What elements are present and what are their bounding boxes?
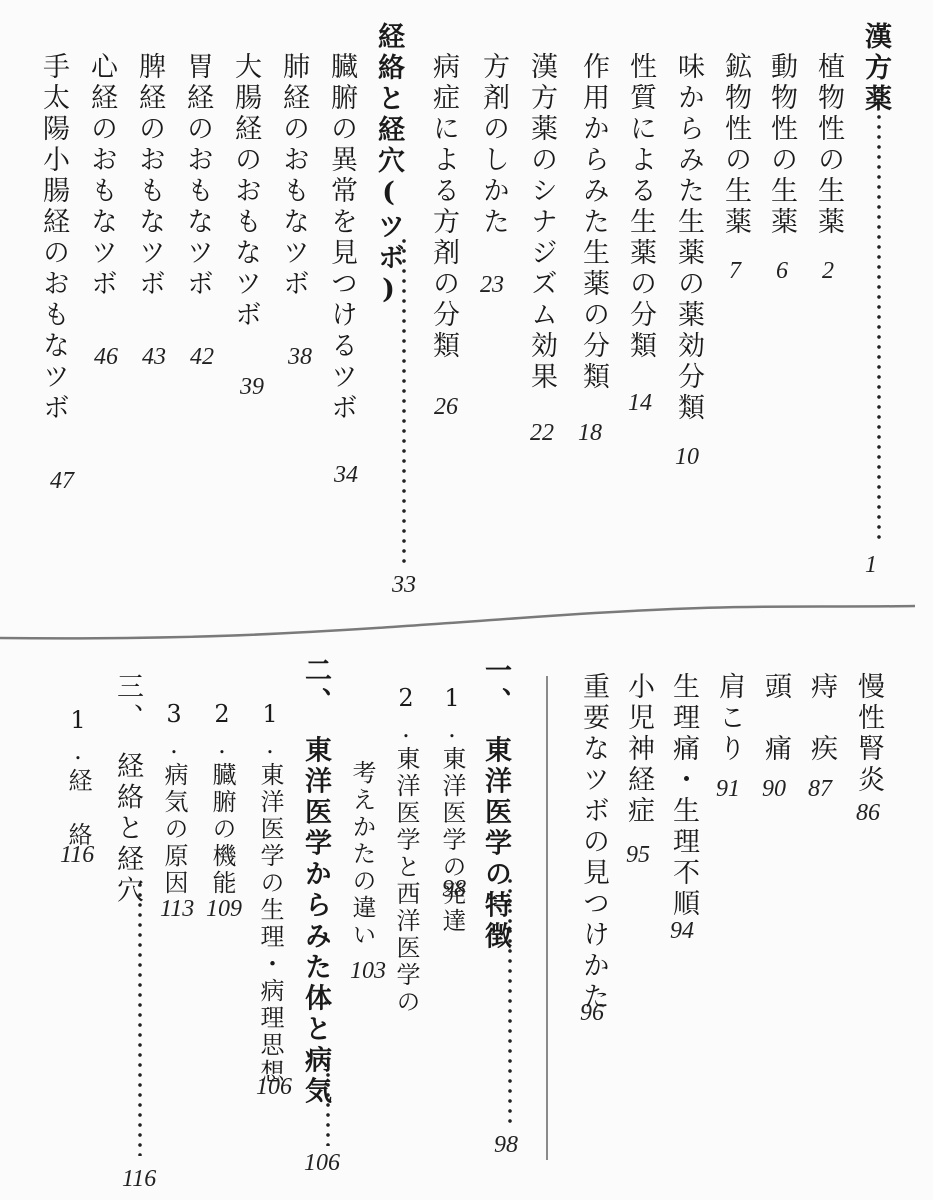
toc-item: 生理痛・生理不順 [670,672,697,920]
toc-item: 臓腑の異常を見つけるツボ [328,52,355,424]
toc-subitem: 2.東洋医学と西洋医学の [394,684,418,1016]
toc-item: 植物性の生薬 [815,52,842,238]
toc-item: 大腸経のおもなツボ [232,52,259,331]
toc-item: 動物性の生薬 [768,52,795,238]
page-number: 86 [856,800,880,827]
leader-dots [402,236,406,566]
toc-item: 漢方薬のシナジズム効果 [528,52,555,393]
page-number: 98 [494,1132,518,1159]
page-number: 46 [94,344,118,371]
toc-subitem: 3.病気の原因 [162,700,186,897]
page-number: 14 [628,390,652,417]
toc-item: 重要なツボの見つけかた [580,672,607,1013]
leader-dots [508,876,512,1126]
leader-dots [138,880,142,1156]
toc-item: 肩こり [716,672,743,765]
page-number: 103 [350,958,386,985]
page-number: 39 [240,374,264,401]
column-divider [546,676,548,1160]
toc-item: 鉱物性の生薬 [722,52,749,238]
page-number: 47 [50,468,74,495]
leader-dots [877,112,881,542]
page-number: 106 [256,1074,292,1101]
page-number: 42 [190,344,214,371]
page-number: 91 [716,776,740,803]
part-title-2: 二、 東洋医学からみた体と病気 [302,656,329,1108]
toc-item: 頭 痛 [762,672,789,765]
page-number: 96 [580,1000,604,1027]
page-number: 87 [808,776,832,803]
toc-item: 心経のおもなツボ [88,52,115,300]
toc-subitem: 1.経 絡 [66,706,90,849]
toc-item: 作用からみた生薬の分類 [580,52,607,393]
page-number: 116 [60,842,94,869]
toc-item: 脾経のおもなツボ [136,52,163,300]
page-number: 106 [304,1150,340,1177]
page-number: 2 [822,258,834,285]
page-number: 26 [434,394,458,421]
page-number: 116 [122,1166,156,1193]
toc-item: 肺経のおもなツボ [280,52,307,300]
page-number: 10 [675,444,699,471]
page-number: 95 [626,842,650,869]
page-number: 94 [670,918,694,945]
chapter-title-meridians: 経絡と経穴(ツボ) [375,22,402,309]
page-number: 34 [334,462,358,489]
toc-item: 胃経のおもなツボ [184,52,211,300]
toc-item: 手太陽小腸経のおもなツボ [40,52,67,424]
chapter-title-kampo: 漢方薬 [862,22,889,115]
part-title-3: 三、 経絡と経穴 [114,672,141,907]
page-number: 98 [442,876,466,903]
part-title-1: 一、 東洋医学の特徴 [482,656,509,953]
page-number: 43 [142,344,166,371]
toc-subitem: 1.東洋医学の生理・病理思想 [258,700,282,1086]
toc-subitem-continued: 考えかたの違い [350,760,374,949]
leader-dots [326,1060,330,1146]
toc-item: 味からみた生薬の薬効分類 [675,52,702,424]
toc-item: 小児神経症 [625,672,652,827]
toc-item: 病症による方剤の分類 [430,52,457,362]
page-number: 1 [865,552,877,579]
page-number: 6 [776,258,788,285]
page-number: 33 [392,572,416,599]
page-number: 18 [578,420,602,447]
page-number: 23 [480,272,504,299]
page-divider [0,604,920,644]
toc-subitem: 2.臓腑の機能 [210,700,234,897]
toc-item: 性質による生薬の分類 [627,52,654,362]
page-number: 38 [288,344,312,371]
toc-item: 痔 疾 [808,672,835,765]
page-number: 113 [160,896,194,923]
toc-item: 慢性腎炎 [855,672,882,796]
page-number: 7 [729,258,741,285]
page-number: 109 [206,896,242,923]
page-number: 90 [762,776,786,803]
toc-item: 方剤のしかた [480,52,507,238]
page-number: 22 [530,420,554,447]
